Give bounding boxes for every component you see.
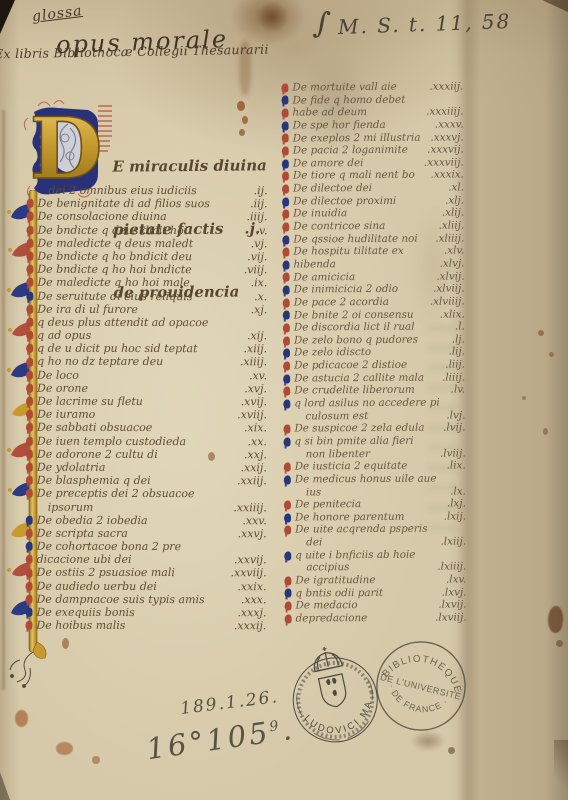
entry-number: .vj. — [245, 237, 268, 250]
capitulum-mark-icon — [282, 260, 289, 269]
toc-entry: De contricoe sina .xliij. — [282, 219, 464, 233]
entry-number: .xlvj. — [434, 257, 465, 270]
capitulum-mark-icon — [26, 463, 33, 472]
capitulum-mark-icon — [284, 463, 291, 472]
capitulum-mark-icon — [26, 581, 33, 590]
toc-entry: De seruitute di eius reliquis .x. — [26, 289, 267, 303]
entry-number: .vij. — [241, 250, 267, 263]
entry-text: De zelo bono q pudores — [294, 334, 418, 347]
capitulum-mark-icon — [283, 298, 290, 307]
toc-entry: De pacia 2 loganimite .xxxvij. — [282, 144, 464, 158]
capitulum-mark-icon — [284, 576, 291, 585]
stain — [448, 747, 455, 754]
entry-number: .lxviij. — [429, 611, 467, 624]
toc-entry: culosum est .lvj. — [283, 409, 465, 423]
capitulum-mark-icon — [26, 225, 33, 234]
capitulum-mark-icon — [25, 621, 32, 630]
toc-entry: De mortuite vall aie .xxxiij. — [281, 80, 463, 94]
toc-entry: De tiore q mali nent bo .xxxix. — [282, 169, 464, 183]
entry-text: De orone — [37, 382, 88, 395]
toc-entry: De adorone 2 cultu di .xxj. — [26, 447, 267, 461]
entry-number: .ix. — [245, 277, 268, 290]
entry-text: De amore dei — [293, 157, 364, 170]
capitulum-mark-icon — [26, 278, 33, 287]
capitulum-mark-icon — [282, 248, 289, 257]
entry-number: .lxvj. — [436, 586, 467, 599]
capitulum-mark-icon — [27, 199, 34, 208]
entry-text: De ydolatria — [37, 461, 106, 474]
entry-number: .xxvij. — [228, 553, 267, 566]
toc-entry: De maledicte q ho hoi male .ix. — [26, 276, 267, 290]
entry-text: depredacione — [296, 612, 368, 625]
toc-entry: De dampnacoe suis typis amis .xxx. — [25, 592, 266, 606]
entry-text: q bntis odii parit — [295, 587, 383, 600]
toc-entry: De suspicoe 2 zela edula .lvij. — [283, 422, 465, 436]
entry-number: .xj. — [245, 303, 268, 316]
entry-number: .xxxj. — [231, 606, 266, 619]
entry-number: .xxx. — [235, 593, 267, 606]
entry-number: .xxxvj. — [424, 131, 463, 144]
entry-text: accipius — [295, 561, 349, 574]
capitulum-mark-icon — [26, 397, 33, 406]
entry-number: .xxxvij. — [421, 144, 464, 157]
entry-number: .liiij. — [436, 371, 465, 384]
capitulum-mark-icon — [26, 384, 33, 393]
entry-number: .xix. — [238, 422, 267, 435]
capitulum-mark-icon — [283, 311, 290, 320]
entry-number: .l. — [449, 321, 465, 334]
entry-text: q ad opus — [37, 329, 91, 342]
shelfmark-bottom-2: 16°1059. — [144, 712, 296, 766]
entry-text: habe ad deum — [292, 106, 367, 119]
toc-entry: De dilectoe dei .xl. — [282, 182, 464, 196]
toc-entry: De iuen templo custodieda .xx. — [26, 434, 267, 448]
toc-entry: dicacione ubi dei .xxvij. — [26, 553, 267, 567]
toc-entry: De zelo bono q pudores .lj. — [283, 333, 465, 347]
entry-text: ius — [295, 486, 321, 499]
entry-text: dicacione ubi dei — [37, 553, 132, 566]
toc-entry: De bnite 2 oi consensu .xlix. — [283, 308, 465, 322]
capitulum-mark-icon — [26, 239, 33, 248]
page-corner-shadow — [542, 0, 568, 12]
capitulum-mark-icon — [26, 489, 33, 498]
toc-entry: De exeplos 2 mi illustria .xxxvj. — [282, 131, 464, 145]
capitulum-mark-icon — [282, 172, 289, 181]
toc-entry: q deus plus attendit ad opacoe — [26, 316, 267, 330]
stain — [230, 0, 306, 46]
entry-text: De tiore q mali nent bo — [293, 169, 415, 182]
capitulum-mark-icon — [285, 614, 292, 623]
toc-entry: De penitecia .lxj. — [284, 498, 466, 512]
toc-entry: De ydolatria .xxij. — [26, 461, 267, 475]
capitulum-mark-icon — [26, 291, 33, 300]
stain — [538, 330, 544, 336]
toc-entry: non libenter .lviij. — [284, 447, 466, 461]
entry-text: De scripta sacra — [37, 527, 128, 540]
stain — [256, 2, 290, 32]
toc-entry: De igratitudine .lxv. — [284, 573, 466, 587]
entry-number: .xx. — [241, 435, 266, 448]
toc-entry: De hoibus malis .xxxij. — [25, 619, 266, 633]
entry-text: De pacia 2 loganimite — [293, 144, 408, 157]
toc-entry: De exequiis bonis .xxxj. — [25, 606, 266, 620]
entry-number: .lxj. — [441, 498, 466, 511]
page-corner-shadow — [0, 772, 10, 800]
capitulum-mark-icon — [283, 273, 290, 282]
capitulum-mark-icon — [283, 374, 290, 383]
entry-text: De zelo idiscto — [294, 346, 371, 359]
entry-text: ipsorum — [37, 500, 94, 513]
entry-text: De loco — [37, 368, 79, 381]
capitulum-mark-icon — [26, 370, 33, 379]
capitulum-mark-icon — [284, 589, 291, 598]
entry-number: .v. — [250, 224, 268, 237]
ink-flourish: ∫ — [312, 5, 332, 42]
toc-entry: De sabbati obsuacoe .xix. — [26, 421, 267, 435]
pen-tendril-icon — [10, 652, 33, 687]
capitulum-mark-icon — [282, 222, 289, 231]
entry-text: De seruitute di eius reliquis — [37, 289, 192, 303]
entry-number: .lj. — [446, 333, 465, 346]
capitulum-mark-icon — [283, 387, 290, 396]
toc-entry: De crudelite liberorum .lv. — [283, 384, 465, 398]
toc-entry: De audiedo uerbu dei .xxix. — [26, 579, 267, 593]
entry-text: De preceptis dei 2 obsuacoe — [37, 487, 195, 501]
entry-number: .xxxix. — [425, 169, 464, 182]
shelfmark-bottom-1: 189.1.26. — [179, 687, 280, 719]
entry-number: .xxiiij. — [227, 501, 266, 514]
toc-entry: De amicicia .xlvij. — [282, 270, 464, 284]
toc-entry: De hospitu tilitate ex .xlv. — [282, 245, 464, 259]
entry-number: .liij. — [439, 359, 465, 372]
entry-text: De iuramo — [37, 408, 95, 421]
entry-number: .xliiij. — [429, 232, 464, 245]
capitulum-mark-icon — [26, 410, 33, 419]
toc-entry: De bndicte q ho bndicit deu .vij. — [26, 250, 267, 264]
entry-text: q lord asilus no accedere pi — [294, 397, 439, 411]
entry-number: .xxxv. — [429, 118, 464, 131]
entry-number: .xliij. — [433, 219, 465, 232]
toc-entry: De bndicte q ho hoi bndicte .viij. — [26, 263, 267, 277]
entry-text: De suspicoe 2 zela edula — [294, 422, 424, 435]
stain — [15, 710, 28, 727]
entry-number: .viij. — [238, 263, 268, 276]
capitulum-mark-icon — [26, 252, 33, 261]
capitulum-mark-icon — [26, 344, 33, 353]
capitulum-mark-icon — [282, 134, 289, 143]
entry-number: .xlv. — [438, 245, 465, 258]
toc-entry: q de u dicit pu hoc sid teptat .xiij. — [26, 342, 267, 356]
entry-text: De honore parentum — [295, 511, 405, 524]
entry-number: .xxxiiij. — [420, 106, 463, 119]
toc-entry: De pdicacoe 2 distioe .liij. — [283, 359, 465, 373]
entry-text: De astucia 2 callite mala — [294, 371, 424, 384]
entry-text: De maledicte q ho hoi male — [37, 276, 190, 290]
entry-text: De uite acqrenda psperis — [295, 523, 428, 536]
entry-number: .xlvij. — [430, 270, 464, 283]
entry-number: .xv. — [243, 369, 267, 382]
entry-number: .xij. — [241, 329, 267, 342]
capitulum-mark-icon — [283, 399, 290, 408]
entry-number: .iij. — [244, 197, 267, 210]
entry-number: .xiij. — [237, 342, 267, 355]
stain — [62, 638, 69, 649]
toc-entry: ipsorum .xxiiij. — [26, 500, 267, 514]
entry-text: De hospitu tilitate ex — [293, 245, 403, 258]
entry-text: De consolacione diuina — [37, 210, 166, 224]
incipit-line: E miraculis diuina — [112, 155, 267, 177]
toc-entry: De medicus honus uile aue — [284, 472, 466, 486]
toc-entry: De obedia 2 iobedia .xxv. — [26, 513, 267, 527]
toc-entry: De medacio .lxvij. — [285, 599, 467, 613]
capitulum-mark-icon — [26, 555, 33, 564]
capitulum-mark-icon — [26, 450, 33, 459]
toc-entry: De discordia lict il rual .l. — [283, 321, 465, 335]
entry-text: De dilectoe dei — [293, 182, 372, 195]
entry-text: De dilectoe proximi — [293, 195, 396, 208]
entry-number: .xlj. — [439, 194, 464, 207]
capitulum-mark-icon — [283, 361, 290, 370]
capitulum-mark-icon — [26, 542, 33, 551]
entry-text: De maledicte q deus maledt — [37, 236, 193, 250]
shield-icon — [319, 674, 349, 709]
entry-number: .xxxij. — [228, 619, 267, 632]
capitulum-mark-icon — [281, 83, 288, 92]
entry-text: non libenter — [295, 448, 370, 461]
entry-number: .x. — [248, 290, 267, 303]
entry-number: .iiij. — [241, 211, 268, 224]
capitulum-mark-icon — [284, 475, 291, 484]
capitulum-mark-icon — [26, 265, 33, 274]
entry-text: De igratitudine — [295, 574, 375, 587]
capitulum-mark-icon — [283, 349, 290, 358]
capitulum-mark-icon — [282, 184, 289, 193]
capitulum-mark-icon — [26, 318, 33, 327]
entry-text: De pace 2 acordia — [294, 296, 389, 309]
entry-text: De medicus honus uile aue — [295, 472, 437, 486]
entry-text: De adorone 2 cultu di — [37, 447, 158, 461]
entry-number: .xl. — [442, 182, 464, 195]
stain — [543, 428, 548, 435]
toc-entry: depredacione .lxviij. — [285, 611, 467, 625]
capitulum-mark-icon — [26, 529, 33, 538]
entry-number: .lix. — [441, 460, 466, 473]
entry-text: De ostiis 2 psuasioe mali — [37, 566, 175, 580]
entry-number: .xxix. — [231, 580, 266, 593]
entry-number: .xxiij. — [231, 474, 267, 487]
toc-entry: De ira di ul furore .xj. — [26, 302, 267, 316]
entry-text: De audiedo uerbu dei — [37, 579, 157, 593]
entry-number: .xxvj. — [232, 527, 267, 540]
entry-text: De dampnacoe suis typis amis — [36, 593, 204, 607]
entry-text: De mortuite vall aie — [292, 81, 396, 94]
toc-entry: habe ad deum .xxxiiij. — [281, 106, 463, 120]
entry-text: q de u dicit pu hoc sid teptat — [37, 342, 197, 356]
toc-entry: q ho no dz teptare deu .xiiij. — [26, 355, 267, 369]
entry-number: .lx. — [444, 485, 466, 498]
page-corner-shadow — [554, 740, 568, 800]
capitulum-mark-icon — [284, 526, 291, 535]
ex-libris-inscription: Ex libris Bibliothocæ Collegii Thesaurar… — [0, 42, 269, 62]
entry-number: .xiiij. — [234, 356, 267, 369]
entry-text: hibenda — [293, 258, 335, 271]
entry-text: De blasphemia q dei — [37, 474, 151, 488]
capitulum-mark-icon — [283, 323, 290, 332]
entry-number: .xxv. — [236, 514, 266, 527]
toc-entry: De ostiis 2 psuasioe mali .xxviij. — [26, 566, 267, 580]
toc-entry: De qssioe hudilitate noi .xliiij. — [282, 232, 464, 246]
entry-number: .lxv. — [440, 573, 467, 586]
toc-entry: De amore dei .xxxviij. — [282, 156, 464, 170]
capitulum-mark-icon — [282, 147, 289, 156]
entry-text: De contricoe sina — [293, 220, 385, 233]
toc-entry: accipius .lxiiij. — [284, 561, 466, 575]
capitulum-mark-icon — [25, 608, 32, 617]
capitulum-mark-icon — [282, 197, 289, 206]
stain — [556, 640, 563, 647]
gloss-annotation: glossa — [31, 3, 83, 25]
capitulum-mark-icon — [285, 602, 292, 611]
entry-number: .xlviij. — [427, 283, 465, 296]
entry-text: De qssioe hudilitate noi — [293, 232, 417, 245]
entry-text: De ira di ul furore — [37, 302, 138, 315]
toc-column-right: De mortuite vall aie .xxxiij. De fide q … — [281, 80, 466, 625]
stain — [548, 606, 563, 633]
entry-text: De crudelite liberorum — [294, 384, 415, 397]
capitulum-mark-icon — [282, 109, 289, 118]
capitulum-mark-icon — [284, 513, 291, 522]
toc-entry: De lacrime su fletu .xvij. — [26, 395, 267, 409]
capitulum-mark-icon — [26, 423, 33, 432]
entry-text: De fide q homo debet — [292, 93, 405, 106]
toc-entry: dei .lxiij. — [284, 536, 466, 550]
capitulum-mark-icon — [282, 121, 289, 130]
entry-text: q uite i bnficiis ab hoie — [295, 548, 415, 561]
entry-number: .xvj. — [238, 382, 267, 395]
toc-entry: De loco .xv. — [26, 368, 267, 382]
entry-number: .xxviij. — [224, 567, 266, 580]
page-corner-shadow — [0, 0, 15, 34]
entry-number: .xlviiij. — [424, 295, 465, 308]
toc-entry: dei 2 omnibus eius iudiciis .ij. — [27, 184, 268, 198]
entry-text: q deus plus attendit ad opacoe — [37, 316, 208, 330]
entry-text: De bndicte q ho bndicit deu — [37, 250, 192, 264]
toc-entry: De zelo idiscto .lij. — [283, 346, 465, 360]
toc-entry: q ad opus .xij. — [26, 329, 267, 343]
toc-entry: De blasphemia q dei .xxiij. — [26, 474, 267, 488]
toc-entry: q si bin pmite alia fieri — [284, 434, 466, 448]
entry-text: De exeplos 2 mi illustria — [293, 131, 421, 144]
stain — [237, 101, 245, 111]
entry-text: q ho no dz teptare deu — [37, 355, 163, 369]
entry-text: De exequiis bonis — [36, 606, 134, 619]
shelfmark-bottom-2-text: 16°105 — [144, 715, 272, 766]
entry-number: .lvij. — [437, 422, 465, 435]
capitulum-mark-icon — [283, 336, 290, 345]
capitulum-mark-icon — [26, 212, 33, 221]
entry-text: De penitecia — [295, 498, 361, 511]
entry-number: .xxxviij. — [418, 156, 464, 169]
toc-entry: De fide q homo debet — [281, 93, 463, 107]
entry-number: .xxj. — [238, 448, 267, 461]
toc-entry: q bntis odii parit .lxvj. — [284, 586, 466, 600]
toc-entry: q uite i bnficiis ab hoie — [284, 548, 466, 562]
capitulum-mark-icon — [25, 595, 32, 604]
capitulum-mark-icon — [26, 304, 33, 313]
toc-entry: De honore parentum .lxij. — [284, 510, 466, 524]
entry-text: De hoibus malis — [36, 619, 125, 632]
entry-text: De spe hor fienda — [293, 119, 386, 132]
entry-text: De inuidia — [293, 208, 347, 221]
entry-text: dei 2 omnibus eius iudiciis — [38, 184, 197, 198]
manuscript-page: glossa opus morale Ex libris Bibliothocæ… — [0, 0, 568, 800]
toc-entry: De bndicte q deus dicit hoi .v. — [26, 223, 267, 237]
entry-text: De bndicte q deus dicit hoi — [37, 223, 187, 237]
capitulum-mark-icon — [284, 551, 291, 560]
stain — [522, 396, 526, 400]
entry-text: De discordia lict il rual — [294, 321, 415, 334]
entry-text: q si bin pmite alia fieri — [295, 435, 414, 448]
entry-number: .lviij. — [434, 447, 466, 460]
entry-text: De cohortacoe bona 2 pre — [37, 540, 181, 554]
entry-number: .lxvij. — [432, 599, 466, 612]
entry-number: .lxiij. — [434, 536, 466, 549]
capitulum-mark-icon — [283, 286, 290, 295]
toc-entry: De consolacione diuina .iiij. — [26, 210, 267, 224]
entry-number: .xxij. — [234, 461, 266, 474]
entry-number: .xvij. — [235, 395, 267, 408]
entry-text: De inimicicia 2 odio — [294, 283, 399, 296]
capitulum-mark-icon — [283, 425, 290, 434]
toc-entry: De cohortacoe bona 2 pre — [26, 540, 267, 554]
capitulum-mark-icon — [282, 210, 289, 219]
entry-number: .lxij. — [438, 510, 466, 523]
capitulum-mark-icon — [282, 159, 289, 168]
toc-entry: De uite acqrenda psperis — [284, 523, 466, 537]
entry-text: De sabbati obsuacoe — [37, 421, 152, 435]
capitulum-mark-icon — [26, 515, 33, 524]
entry-number: .xxxiij. — [423, 80, 463, 93]
entry-number: .lv. — [445, 384, 466, 397]
toc-entry: De astucia 2 callite mala .liiij. — [283, 371, 465, 385]
entry-text: De lacrime su fletu — [37, 395, 143, 408]
entry-text: De pdicacoe 2 distioe — [294, 359, 407, 372]
capitulum-mark-icon — [282, 235, 289, 244]
entry-text: De amicicia — [293, 271, 355, 284]
entry-number: .xlix. — [434, 308, 465, 321]
toc-entry: De dilectoe proximi .xlj. — [282, 194, 464, 208]
toc-entry: ius .lx. — [284, 485, 466, 499]
entry-text: De iuen templo custodieda — [37, 434, 186, 448]
capitulum-mark-icon — [26, 436, 33, 445]
entry-text: De iusticia 2 equitate — [295, 460, 408, 473]
toc-entry: De benignitate di ad filios suos .iij. — [27, 197, 268, 211]
capitulum-mark-icon — [26, 568, 33, 577]
capitulum-mark-icon — [284, 437, 291, 446]
capitulum-mark-icon — [26, 476, 33, 485]
stain — [549, 352, 554, 357]
toc-entry: De iusticia 2 equitate .lix. — [284, 460, 466, 474]
entry-number: .xviij. — [231, 408, 267, 421]
entry-text: De benignitate di ad filios suos — [38, 197, 210, 211]
toc-entry: De pace 2 acordia .xlviiij. — [283, 295, 465, 309]
toc-entry: De scripta sacra .xxvj. — [26, 527, 267, 541]
toc-entry: De spe hor fienda .xxxv. — [282, 118, 464, 132]
stain — [56, 742, 73, 755]
entry-number: .lij. — [442, 346, 465, 359]
entry-text: dei — [295, 536, 322, 549]
toc-entry: q lord asilus no accedere pi — [283, 396, 465, 410]
